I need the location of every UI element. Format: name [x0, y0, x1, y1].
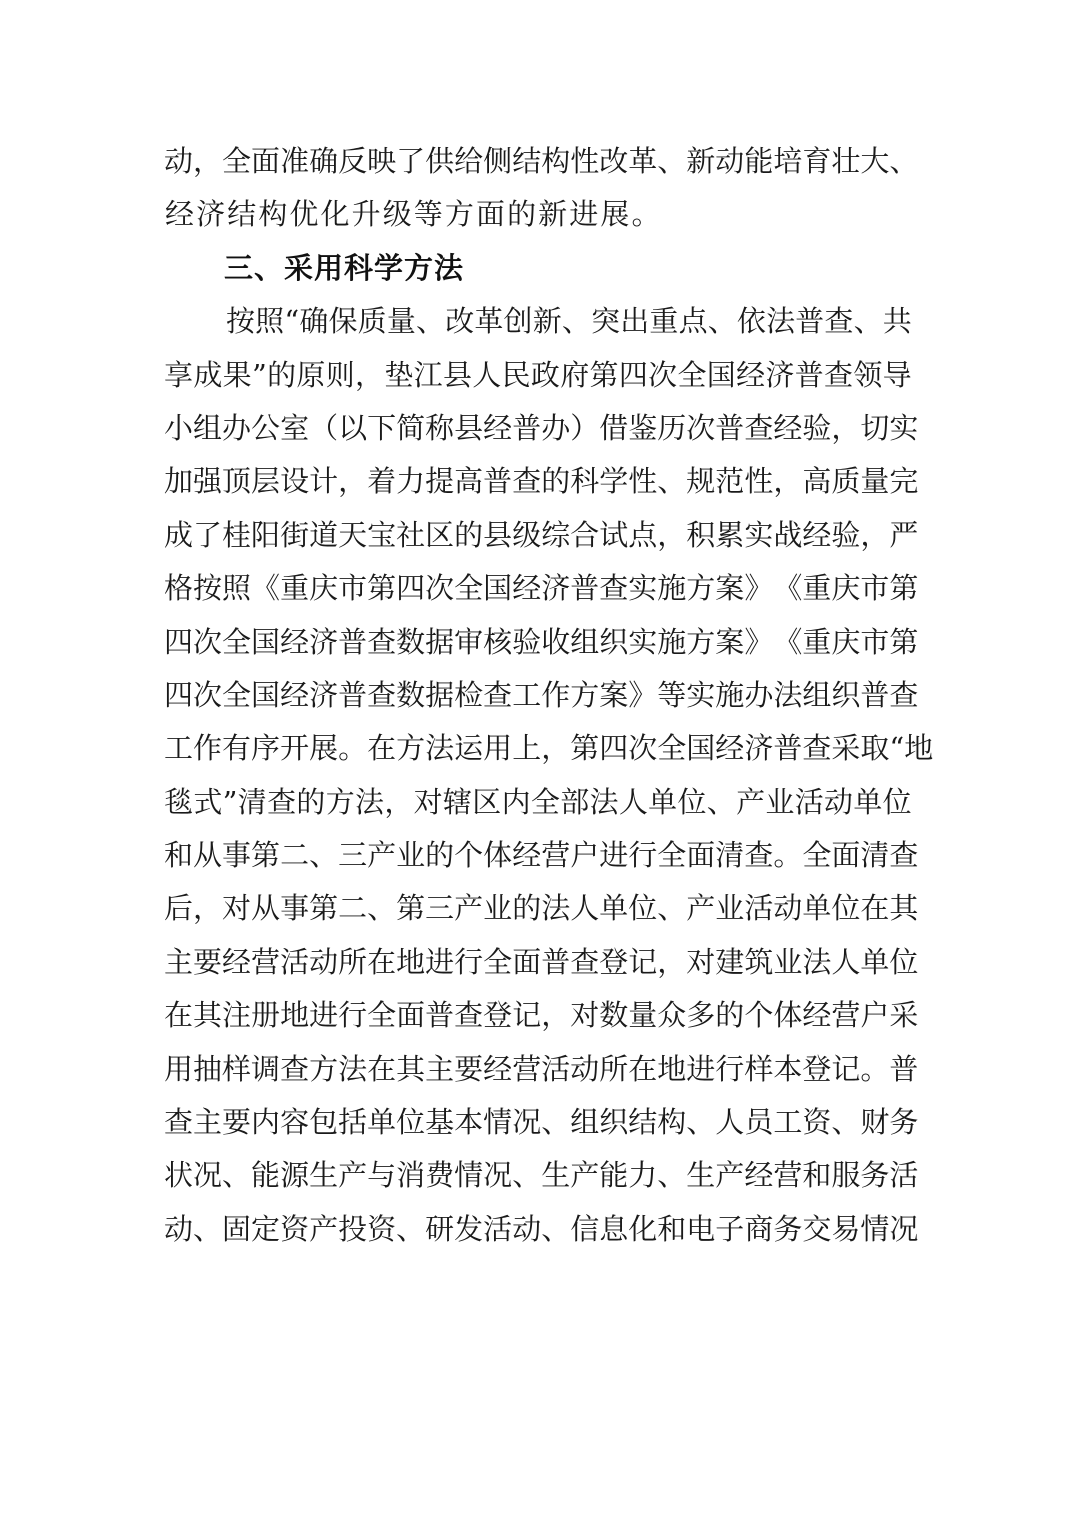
paragraph-line: 查主要内容包括单位基本情况、组织结构、人员工资、财务 — [164, 1096, 912, 1149]
paragraph-line: 享成果”的原则，垫江县人民政府第四次全国经济普查领导 — [164, 349, 912, 402]
paragraph-line: 四次全国经济普查数据检查工作方案》等实施办法组织普查 — [164, 669, 912, 722]
paragraph-line: 经济结构优化升级等方面的新进展。 — [164, 188, 912, 241]
paragraph-line: 后，对从事第二、第三产业的法人单位、产业活动单位在其 — [164, 882, 912, 935]
paragraph-line: 在其注册地进行全面普查登记，对数量众多的个体经营户采 — [164, 989, 912, 1042]
paragraph-line: 工作有序开展。在方法运用上，第四次全国经济普查采取“地 — [164, 722, 912, 775]
paragraph-line: 状况、能源生产与消费情况、生产能力、生产经营和服务活 — [164, 1149, 912, 1202]
paragraph-line: 主要经营活动所在地进行全面普查登记，对建筑业法人单位 — [164, 936, 912, 989]
paragraph-line: 成了桂阳街道天宝社区的县级综合试点，积累实战经验，严 — [164, 509, 912, 562]
paragraph-line: 动、固定资产投资、研发活动、信息化和电子商务交易情况 — [164, 1203, 912, 1256]
paragraph-line: 四次全国经济普查数据审核验收组织实施方案》《重庆市第 — [164, 616, 912, 669]
paragraph-line: 用抽样调查方法在其主要经营活动所在地进行样本登记。普 — [164, 1043, 912, 1096]
paragraph-line: 按照“确保质量、改革创新、突出重点、依法普查、共 — [164, 295, 912, 348]
section-heading: 三、采用科学方法 — [164, 242, 912, 295]
paragraph-line: 和从事第二、三产业的个体经营户进行全面清查。全面清查 — [164, 829, 912, 882]
paragraph-line: 加强顶层设计，着力提高普查的科学性、规范性，高质量完 — [164, 455, 912, 508]
paragraph-line: 毯式”清查的方法，对辖区内全部法人单位、产业活动单位 — [164, 776, 912, 829]
paragraph-line: 格按照《重庆市第四次全国经济普查实施方案》《重庆市第 — [164, 562, 912, 615]
paragraph-line: 小组办公室（以下简称县经普办）借鉴历次普查经验，切实 — [164, 402, 912, 455]
paragraph-line: 动，全面准确反映了供给侧结构性改革、新动能培育壮大、 — [164, 135, 912, 188]
document-page: 动，全面准确反映了供给侧结构性改革、新动能培育壮大、 经济结构优化升级等方面的新… — [164, 135, 912, 1256]
